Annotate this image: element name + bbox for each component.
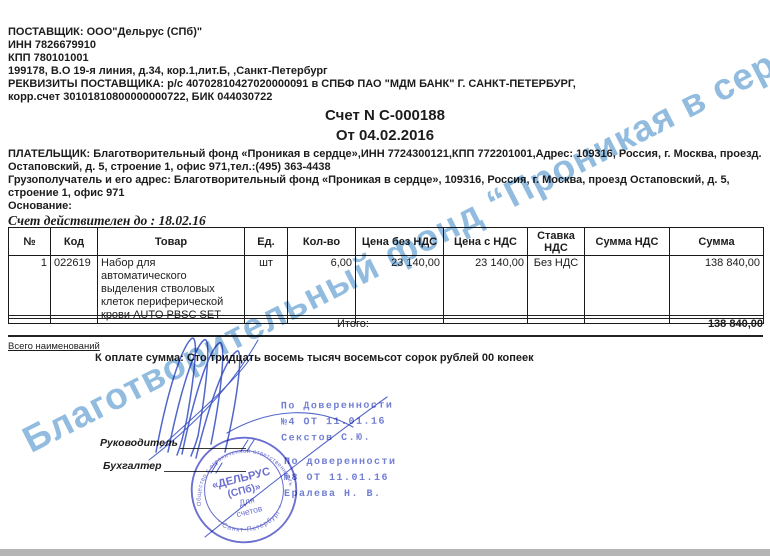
- col-header-vat-sum: Сумма НДС: [585, 228, 670, 256]
- cell-price-with-vat: 23 140,00: [444, 256, 528, 324]
- director-label: Руководитель: [100, 437, 178, 449]
- stamp1-line3: Секстов С.Ю.: [281, 431, 394, 448]
- col-header-product: Товар: [98, 228, 245, 256]
- cell-price-no-vat: 23 140,00: [356, 256, 444, 324]
- amount-in-words: К оплате сумма: Сто тридцать восемь тыся…: [95, 352, 534, 364]
- col-header-num: №: [9, 228, 51, 256]
- items-count-label: Всего наименований: [8, 341, 100, 352]
- supplier-name-line: ПОСТАВЩИК: ООО"Дельрус (СПб)": [8, 26, 708, 39]
- total-value: 138 840,00: [708, 318, 763, 330]
- scanner-edge-strip: [0, 549, 770, 556]
- payer-block: ПЛАТЕЛЬЩИК: Благотворительный фонд «Прон…: [8, 148, 764, 227]
- round-stamp-inner-ring: [196, 442, 292, 538]
- table-row: 1 022619 Набор для автоматического выдел…: [9, 256, 764, 324]
- valid-until-line: Счет действителен до : 18.02.16: [8, 214, 764, 227]
- stamp-po-doverennosti-1: По Доверенности №4 ОТ 11.01.16 Секстов С…: [281, 399, 394, 448]
- total-label: Итого:: [337, 318, 369, 330]
- round-stamp-center-line3: Для: [238, 494, 256, 508]
- accountant-signature-row: Бухгалтер: [103, 460, 246, 472]
- stamp2-line1: По доверенности: [284, 455, 397, 471]
- col-header-price-with-vat: Цена с НДС: [444, 228, 528, 256]
- cell-num: 1: [9, 256, 51, 324]
- supplier-requisites-line2: корр.счет 30101810800000000722, БИК 0440…: [8, 91, 708, 104]
- round-stamp-center-line4: счетов: [235, 503, 263, 519]
- totals-divider-double: [8, 315, 763, 319]
- director-signature-line: [180, 438, 246, 449]
- payer-line: ПЛАТЕЛЬЩИК: Благотворительный фонд «Прон…: [8, 148, 764, 174]
- supplier-block: ПОСТАВЩИК: ООО"Дельрус (СПб)" ИНН 782667…: [8, 26, 708, 104]
- cell-product: Набор для автоматического выделения ство…: [98, 256, 245, 324]
- invoice-number: Счет N С-000188: [0, 107, 770, 124]
- invoice-title: Счет N С-000188 От 04.02.2016: [0, 107, 770, 144]
- stamp1-line2: №4 ОТ 11.01.16: [281, 415, 394, 432]
- table-header-row: № Код Товар Ед. Кол-во Цена без НДС Цена…: [9, 228, 764, 256]
- cell-sum: 138 840,00: [670, 256, 764, 324]
- totals-divider-thick: [8, 335, 763, 337]
- basis-label: Основание:: [8, 200, 764, 213]
- consignee-line: Грузополучатель и его адрес: Благотворит…: [8, 174, 764, 200]
- stamp2-line3: Ералева Н. В.: [284, 487, 397, 503]
- cell-code: 022619: [51, 256, 98, 324]
- cell-vat-rate: Без НДС: [528, 256, 585, 324]
- cell-qty: 6,00: [288, 256, 356, 324]
- supplier-address: 199178, В.О 19-я линия, д.34, кор.1,лит.…: [8, 65, 708, 78]
- director-signature-row: Руководитель: [100, 437, 246, 449]
- supplier-requisites-line1: РЕКВИЗИТЫ ПОСТАВЩИКА: р/с 40702810427020…: [8, 78, 708, 91]
- cell-unit: шт: [245, 256, 288, 324]
- invoice-date: От 04.02.2016: [0, 127, 770, 144]
- col-header-code: Код: [51, 228, 98, 256]
- accountant-label: Бухгалтер: [103, 460, 162, 472]
- stamp1-line1: По Доверенности: [281, 399, 394, 416]
- col-header-price-no-vat: Цена без НДС: [356, 228, 444, 256]
- col-header-unit: Ед.: [245, 228, 288, 256]
- svg-text:* Санкт-Петербург *: * Санкт-Петербург *: [214, 503, 290, 542]
- supplier-kpp: КПП 780101001: [8, 52, 708, 65]
- invoice-document: ПОСТАВЩИК: ООО"Дельрус (СПб)" ИНН 782667…: [0, 0, 770, 556]
- stamp-po-doverennosti-2: По доверенности №8 ОТ 11.01.16 Ералева Н…: [284, 455, 397, 503]
- stamp2-line2: №8 ОТ 11.01.16: [284, 471, 397, 487]
- accountant-signature-line: [164, 461, 246, 472]
- supplier-inn: ИНН 7826679910: [8, 39, 708, 52]
- items-table: № Код Товар Ед. Кол-во Цена без НДС Цена…: [8, 227, 764, 324]
- col-header-sum: Сумма: [670, 228, 764, 256]
- round-stamp-center-line2: (СПб)»: [226, 480, 262, 500]
- cell-vat-sum: [585, 256, 670, 324]
- col-header-vat-rate: Ставка НДС: [528, 228, 585, 256]
- round-stamp-ring-bottom-text: * Санкт-Петербург *: [214, 503, 290, 542]
- col-header-qty: Кол-во: [288, 228, 356, 256]
